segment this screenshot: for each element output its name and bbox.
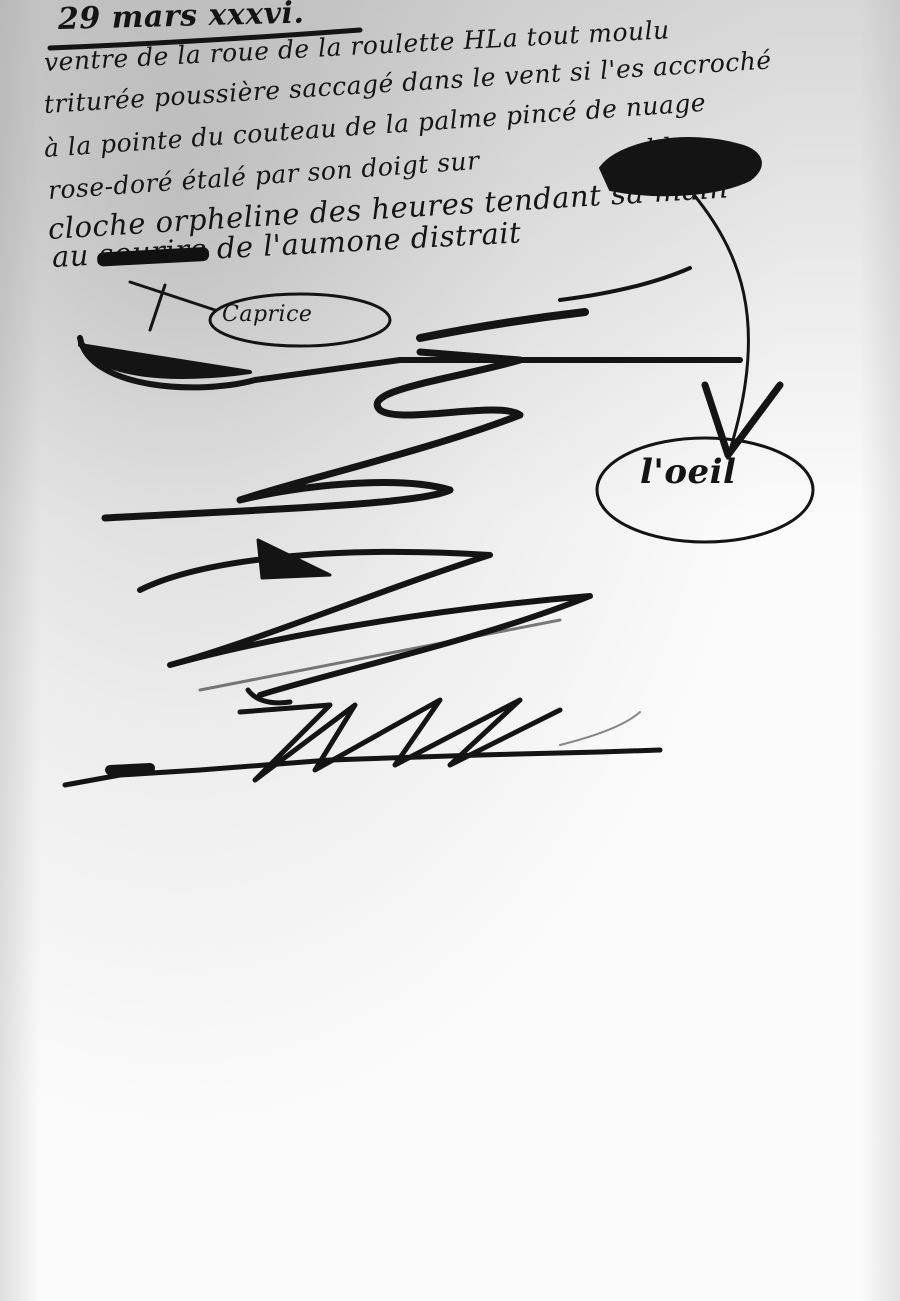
arrow-shaft <box>690 190 749 450</box>
date-underline <box>50 30 360 48</box>
ink-blot <box>600 138 761 195</box>
ink-marks <box>0 0 900 1301</box>
oeil-circle <box>597 438 813 542</box>
caprice-circle <box>210 294 390 346</box>
manuscript-page: 29 mars xxxvi. ventre de la roue de la r… <box>0 0 900 1301</box>
